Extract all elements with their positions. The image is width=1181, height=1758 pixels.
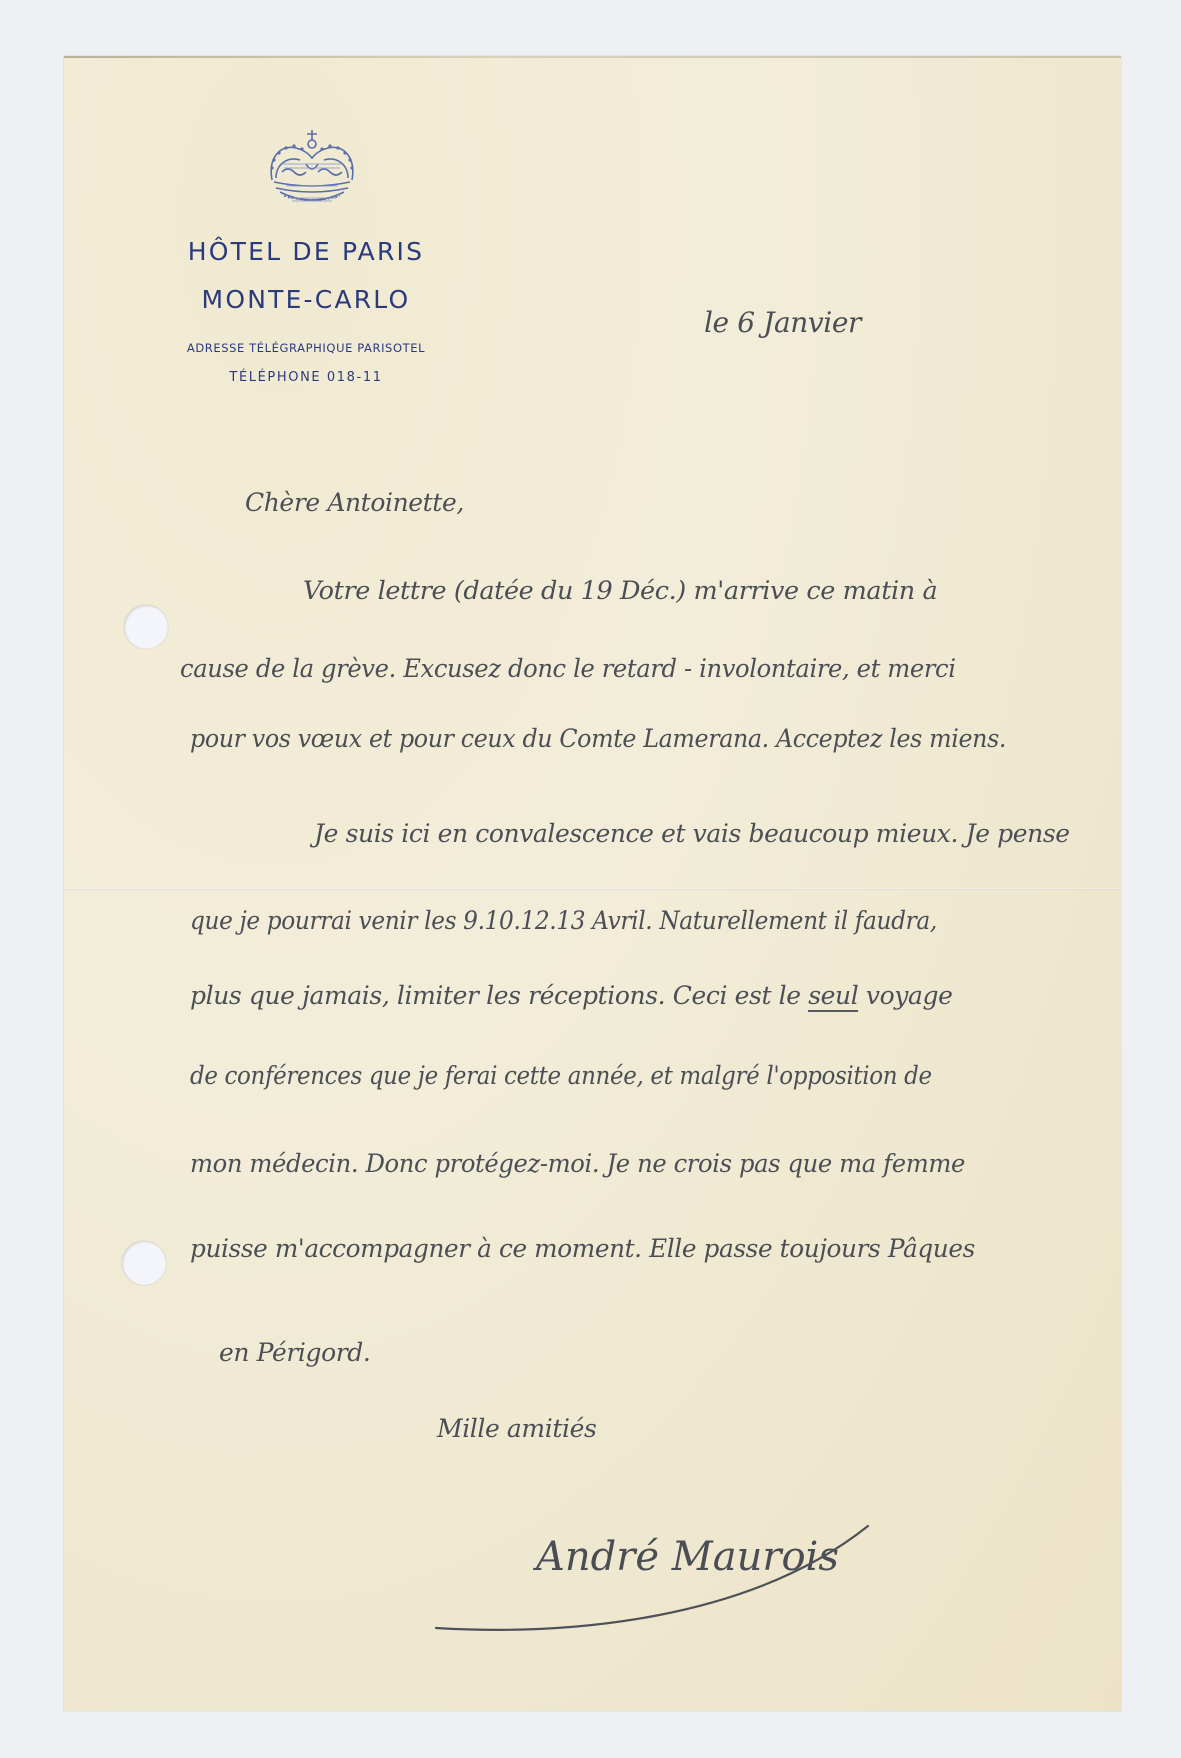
hotel-name: HÔTEL DE PARIS [156,237,456,266]
hotel-city: MONTE-CARLO [156,285,456,314]
letter-line-10: en Périgord. [219,1338,370,1367]
hotel-telephone: TÉLÉPHONE 018-11 [156,370,456,385]
letter-line-5: que je pourrai venir les 9.10.12.13 Avri… [190,906,937,935]
letter-line-6-text: plus que jamais, limiter les réceptions.… [190,981,801,1010]
underlined-word: seul [808,981,858,1012]
letter-line-6-end: voyage [866,981,953,1010]
letter-salutation: Chère Antoinette, [245,488,464,517]
letter-line-1: Votre lettre (datée du 19 Déc.) m'arrive… [303,576,937,605]
telegraph-address: ADRESSE TÉLÉGRAPHIQUE PARISOTEL [144,341,468,355]
crown-icon [262,128,362,208]
letter-closing: Mille amitiés [437,1414,596,1443]
punch-hole-bottom [122,1241,166,1285]
paper-fold-line [64,888,1121,890]
signature-flourish [370,1440,890,1640]
letter-line-2: cause de la grève. Excusez donc le retar… [180,654,956,683]
letter-line-6: plus que jamais, limiter les réceptions.… [190,981,952,1010]
punch-hole-top [124,605,168,649]
letter-line-7: de conférences que je ferai cette année,… [190,1061,932,1090]
letter-line-8: mon médecin. Donc protégez-moi. Je ne cr… [190,1149,965,1178]
letter-line-9: puisse m'accompagner à ce moment. Elle p… [190,1234,975,1263]
letter-line-3: pour vos vœux et pour ceux du Comte Lame… [190,724,1006,753]
letter-line-4: Je suis ici en convalescence et vais bea… [314,819,1070,848]
letter-date: le 6 Janvier [704,306,861,339]
